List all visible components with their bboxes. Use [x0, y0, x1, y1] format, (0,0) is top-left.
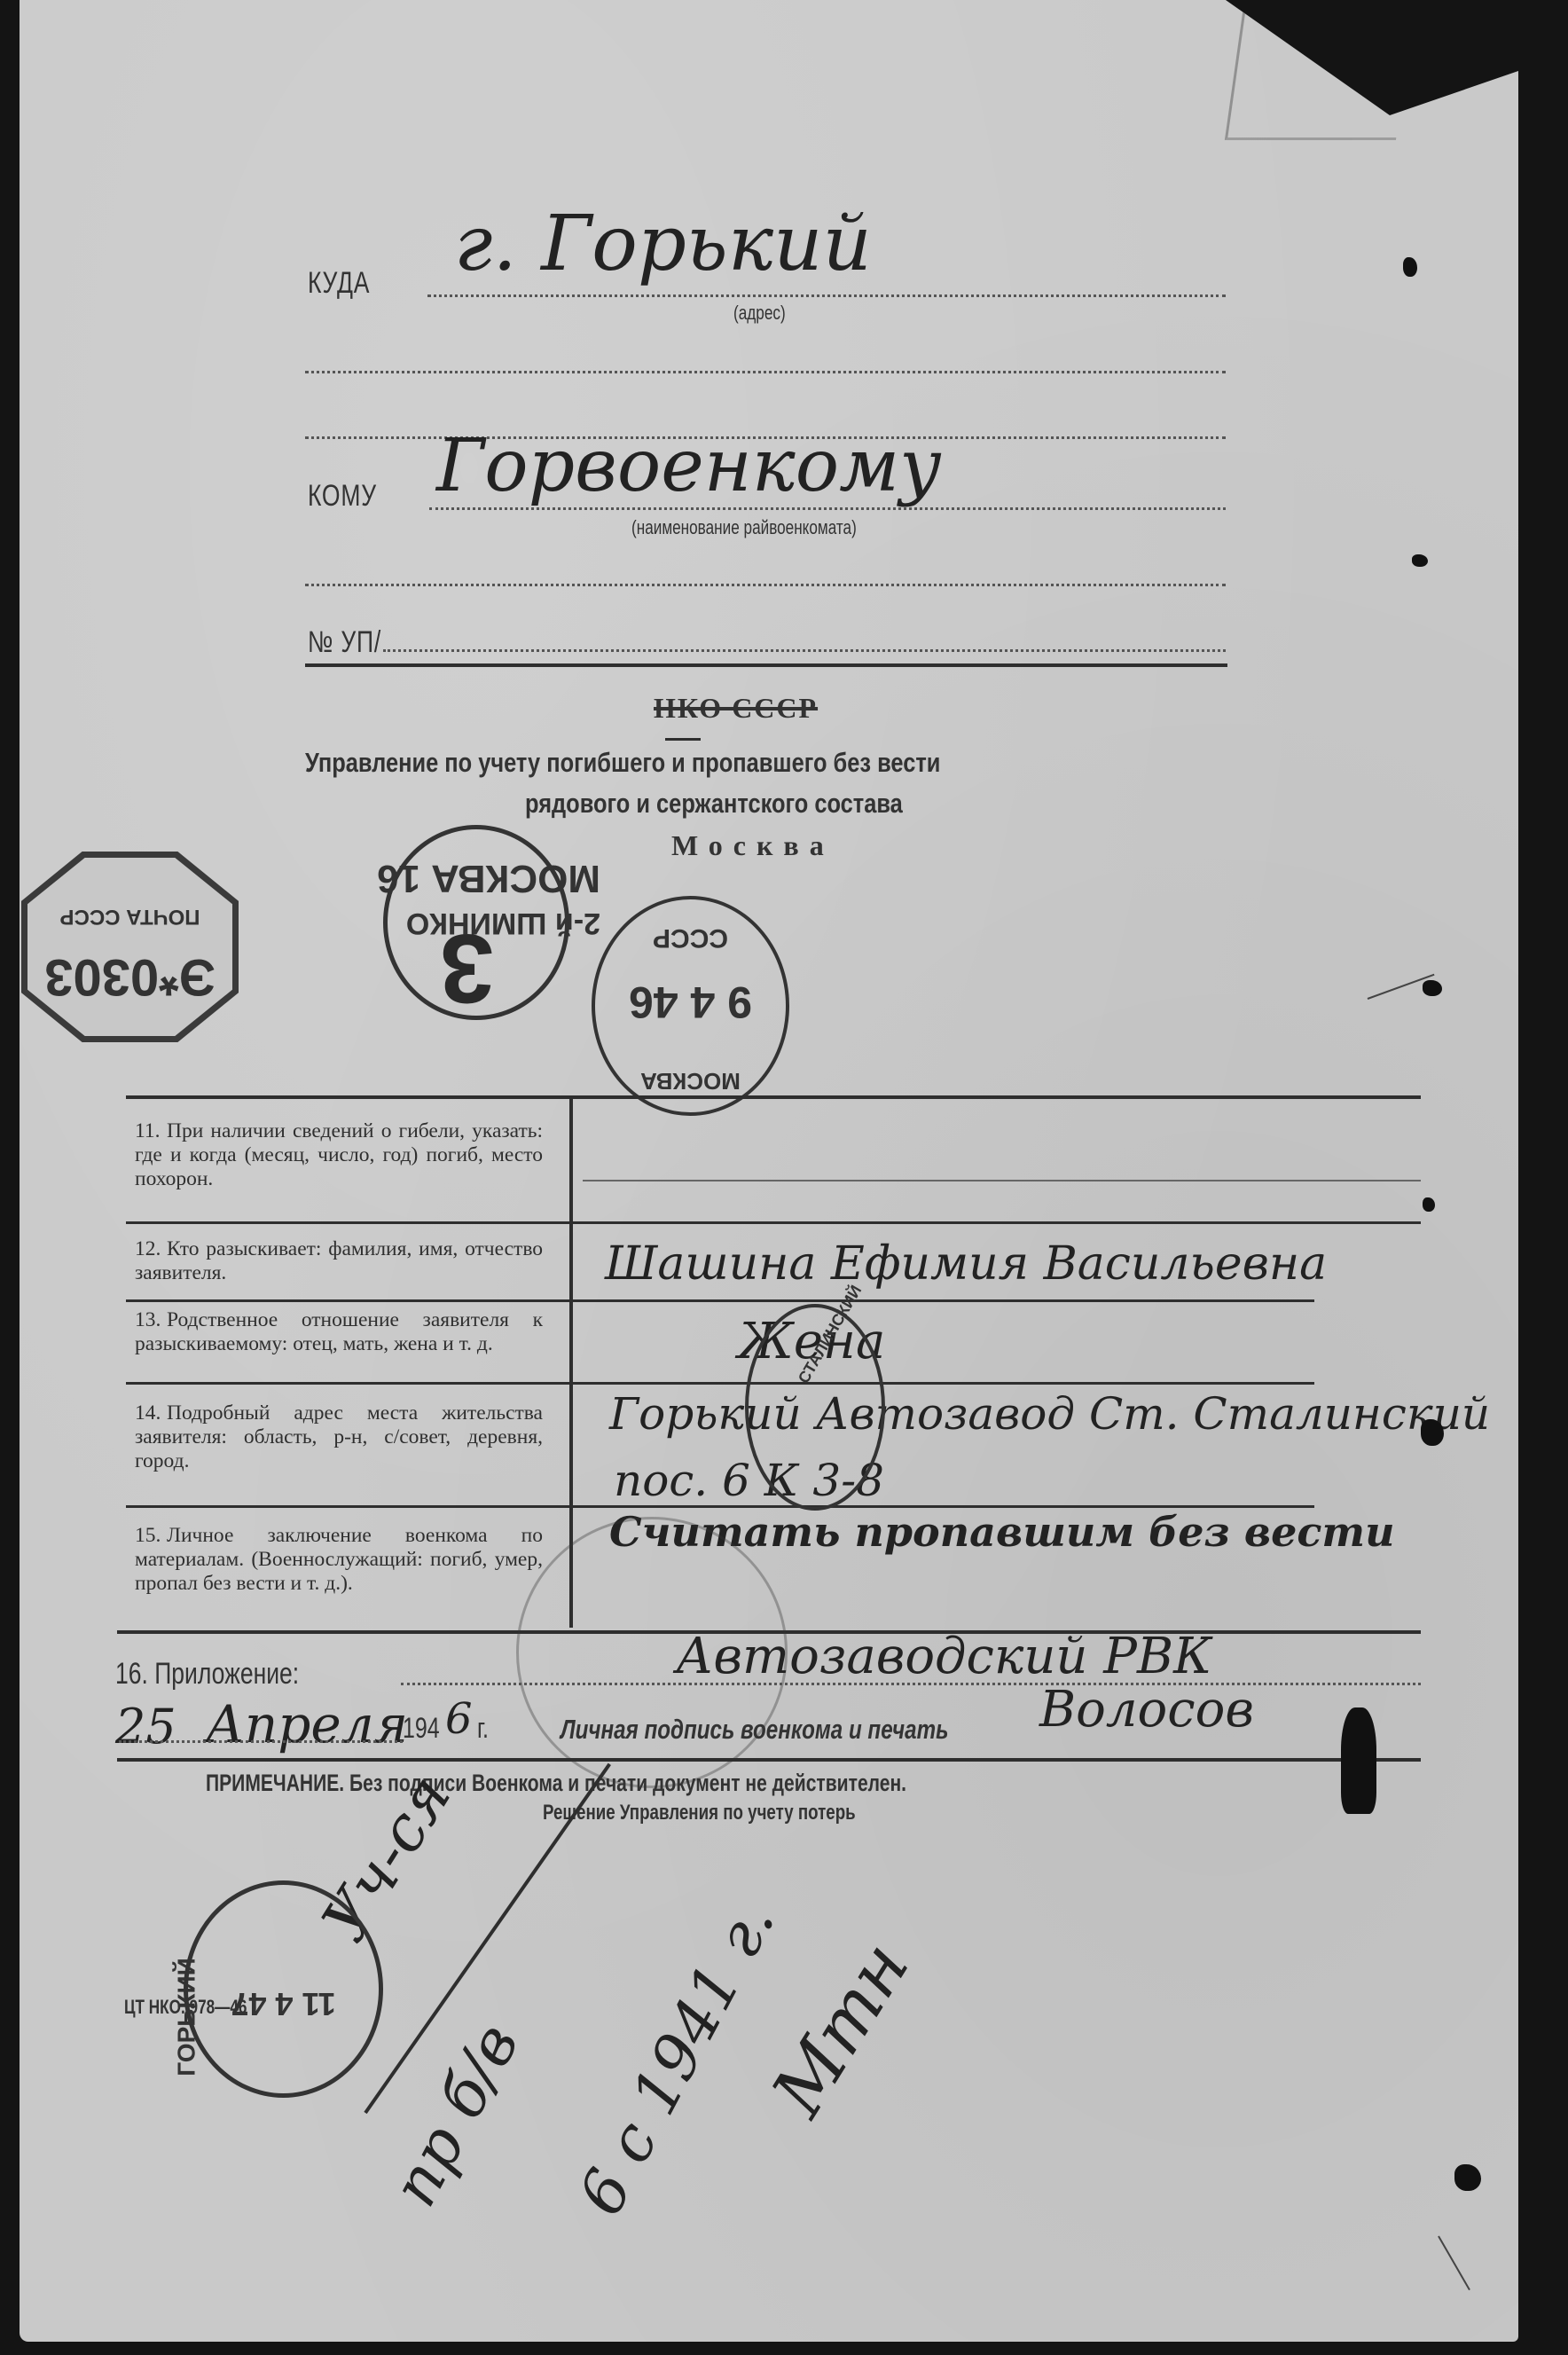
- row-13-label: 13.Родственное отношение заявителя к раз…: [135, 1308, 543, 1356]
- title-line-1: Управление по учету погибшего и пропавше…: [305, 747, 1280, 779]
- title-dash: [665, 738, 701, 741]
- sign-year-unit: г.: [477, 1712, 489, 1745]
- tear-mark: [1403, 257, 1417, 277]
- gorky-stamp: 11 4 47 ГОРЬКИЙ: [184, 1880, 383, 2098]
- row-12-label: 12.Кто разыскивает: фамилия, имя, отчест…: [135, 1237, 543, 1285]
- org-title: НКО СССР: [654, 692, 818, 725]
- decision-heading: Решение Управления по учету потерь: [543, 1801, 856, 1825]
- up-label: № УП/: [308, 625, 381, 660]
- appendix-label: 16. Приложение:: [115, 1657, 299, 1692]
- resolution-initials: Мтн: [757, 1927, 925, 2130]
- sign-month: Апреля: [206, 1694, 408, 1754]
- title-city: Москва: [671, 829, 835, 862]
- octagon-number: Э*0303: [21, 947, 239, 1007]
- stamp-text: СТАЛИНСКИЙ: [795, 1283, 866, 1387]
- sign-day: 25: [115, 1699, 176, 1754]
- komu-value: Горвоенкому: [436, 424, 942, 508]
- row-12-divider: [126, 1299, 1314, 1302]
- commissar-signature: Волосов: [1039, 1681, 1254, 1739]
- resolution-line-2: пр б/в: [378, 2012, 533, 2218]
- table-top-rule: [126, 1095, 1421, 1099]
- row-11-label: 11.При наличии сведений о гибели, указат…: [135, 1119, 543, 1191]
- postmark-bottom: СССР: [595, 922, 786, 953]
- postmark-text: МОСКВА: [595, 1067, 786, 1095]
- komu-line: [429, 507, 1226, 510]
- signature-divider: [117, 1758, 1421, 1762]
- header-divider: [305, 663, 1227, 667]
- stamp-text: МОСКВА 16: [377, 856, 600, 900]
- row-15-label: 15.Личное заключение военкома по материа…: [135, 1524, 543, 1596]
- komu-label: КОМУ: [308, 479, 377, 514]
- stalinsky-district-stamp: СТАЛИНСКИЙ: [745, 1304, 885, 1511]
- print-code: ЦТ НКО. 978—46: [124, 1996, 247, 2019]
- note-text: ПРИМЕЧАНИЕ. Без подписи Военкома и печат…: [206, 1770, 906, 1797]
- kuda-value: г. Горький: [454, 200, 872, 288]
- row-13-divider: [126, 1382, 1314, 1385]
- row-12-value: Шашина Ефимия Васильевна: [605, 1237, 1327, 1291]
- moscow-16-stamp: 3 2-й ШМИНКО МОСКВА 16: [383, 825, 569, 1020]
- kuda-label: КУДА: [308, 266, 370, 301]
- resolution-line-3: 6 с 1941 г.: [564, 1890, 789, 2227]
- postmark-date: 9 4 46: [595, 977, 786, 1028]
- row-14-label: 14.Подробный адрес места жительства заяв…: [135, 1401, 543, 1473]
- sign-year-prefix: 194: [403, 1712, 440, 1745]
- komu-caption: (наименование райвоенкомата): [631, 516, 857, 539]
- row-11-divider: [126, 1221, 1421, 1224]
- octagon-postal-stamp: Э*0303 ПОЧТА СССР: [21, 852, 239, 1042]
- octagon-caption: ПОЧТА СССР: [21, 904, 239, 929]
- signature-caption: Личная подпись военкома и печать: [561, 1714, 948, 1746]
- kuda-line-2: [305, 371, 1226, 373]
- kuda-line: [427, 294, 1226, 297]
- komu-line-2: [305, 584, 1226, 586]
- sign-year-suffix: 6: [445, 1694, 473, 1744]
- moscow-postmark: МОСКВА 9 4 46 СССР: [592, 896, 789, 1116]
- kuda-caption: (адрес): [733, 302, 786, 325]
- appendix-value: Автозаводский РВК: [676, 1628, 1211, 1685]
- document-sheet: КУДА г. Горький (адрес) КОМУ Горвоенкому…: [20, 0, 1518, 2342]
- title-line-2: рядового и сержантского состава: [525, 788, 1325, 820]
- stamp-sub: 2-й ШМИНКО: [406, 906, 600, 940]
- folded-corner: [1225, 0, 1415, 140]
- row-14-value: Горький Автозавод Ст. Сталинский: [609, 1388, 1490, 1440]
- up-line: [383, 649, 1226, 652]
